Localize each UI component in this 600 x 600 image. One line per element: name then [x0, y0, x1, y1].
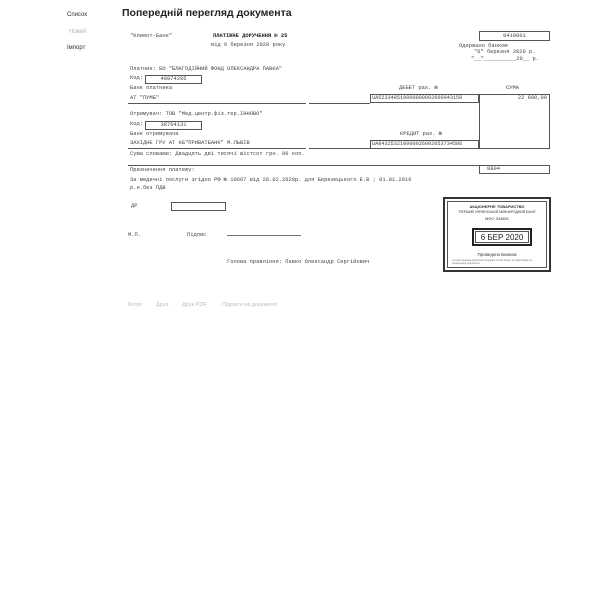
- document-title: ПЛАТІЖНЕ ДОРУЧЕННЯ № 25: [213, 34, 287, 39]
- payer-code: 40974205: [146, 76, 201, 83]
- stamp-bank-name: "ПЕРШИЙ УКРАЇНСЬКИЙ МІЖНАРОДНИЙ БАНК": [448, 210, 546, 214]
- payer-bank: АТ "ПУМБ": [130, 96, 159, 101]
- credit-label: КРЕДИТ рах. №: [400, 132, 442, 137]
- signer-name: Голова правління: Павко Олександр Сергій…: [227, 260, 369, 265]
- purpose-code: 8804: [480, 166, 549, 173]
- credit-account-box: UA843253210000026002053734586: [370, 140, 479, 149]
- purpose-line-1: За медичні послуги згідно РФ № 10667 від…: [130, 178, 411, 183]
- amount-label: СУМА: [506, 86, 519, 91]
- document-date: від 6 березня 2020 року: [211, 43, 285, 48]
- stamp-fine-print: за електронним підписом посадової особи …: [452, 259, 542, 265]
- purpose-line-2: р.н.без ПДВ: [130, 186, 166, 191]
- form-code: 0410001: [480, 32, 549, 40]
- recipient-code-box: 38764131: [145, 121, 202, 130]
- print-link[interactable]: Друк: [156, 302, 168, 308]
- purpose-code-box: 8804: [479, 165, 550, 174]
- system-name: "Клиент-Банк": [130, 34, 172, 39]
- amount-value: 22 600,00: [480, 95, 549, 102]
- purpose-label: Призначення платежу:: [130, 168, 195, 173]
- payment-order-document: "Клиент-Банк" ПЛАТІЖНЕ ДОРУЧЕННЯ № 25 ві…: [0, 0, 600, 600]
- dr-box: [171, 202, 226, 211]
- copy-link[interactable]: Копія: [128, 302, 142, 308]
- signature-line: [227, 235, 301, 236]
- stamp-date-frame: 6 БЕР 2020: [472, 228, 532, 246]
- received-date-blank: "__"__________20__ р.: [471, 57, 539, 62]
- stamp-mfo: МФО 334851: [448, 216, 546, 221]
- purpose-top-line: [128, 165, 479, 166]
- debit-account-box: UA523348510000000002600043158: [370, 94, 479, 103]
- recipient-bank-label: Банк отримувача: [130, 132, 179, 137]
- amount-in-words: Сума словами: Двадцять дві тисячі шістсо…: [130, 152, 305, 157]
- signature-label: Підпис: [187, 233, 206, 238]
- debit-account: UA523348510000000002600043158: [371, 95, 478, 102]
- recipient-code-label: Код:: [130, 122, 143, 127]
- stamp-date: 6 БЕР 2020: [475, 231, 529, 243]
- document-signatures-link[interactable]: Підписи на документі: [222, 302, 277, 308]
- payer-bank-label: Банк платника: [130, 86, 172, 91]
- payer-bank-underline: [128, 103, 306, 104]
- bank-stamp: АКЦІОНЕРНЕ ТОВАРИСТВО "ПЕРШИЙ УКРАЇНСЬКИ…: [443, 197, 551, 272]
- credit-account: UA843253210000026002053734586: [371, 141, 478, 148]
- recipient-code: 38764131: [146, 122, 201, 129]
- payer-name: Платник: БО "БЛАГОДІЙНИЙ ФОНД ОЛЕКСАНДРА…: [130, 67, 282, 72]
- dr-label: ДР: [131, 204, 137, 209]
- recipient-bank-underline-2: [309, 148, 370, 149]
- mp-label: М.П.: [128, 233, 141, 238]
- debit-label: ДЕБЕТ рах. №: [399, 86, 438, 91]
- payer-bank-underline-2: [309, 103, 370, 104]
- recipient-bank: ЗАХІДНЕ ГРУ АТ КБ"ПРИВАТБАНК" М.ЛЬВІВ: [130, 141, 250, 146]
- print-pdf-link[interactable]: Друк PDF: [182, 302, 207, 308]
- stamp-status: Проведено Банком: [448, 252, 546, 257]
- payer-code-box: 40974205: [145, 75, 202, 84]
- recipient-name: Отримувач: ТОВ "Мед.центр.фіз.тер.ІННОВО…: [130, 112, 263, 117]
- amount-box: 22 600,00: [479, 94, 550, 149]
- received-date: "6" березня 2020 р.: [474, 50, 535, 55]
- payer-code-label: Код:: [130, 76, 143, 81]
- recipient-bank-underline: [128, 148, 306, 149]
- stamp-bank-type: АКЦІОНЕРНЕ ТОВАРИСТВО: [448, 204, 546, 209]
- form-code-box: 0410001: [479, 31, 550, 41]
